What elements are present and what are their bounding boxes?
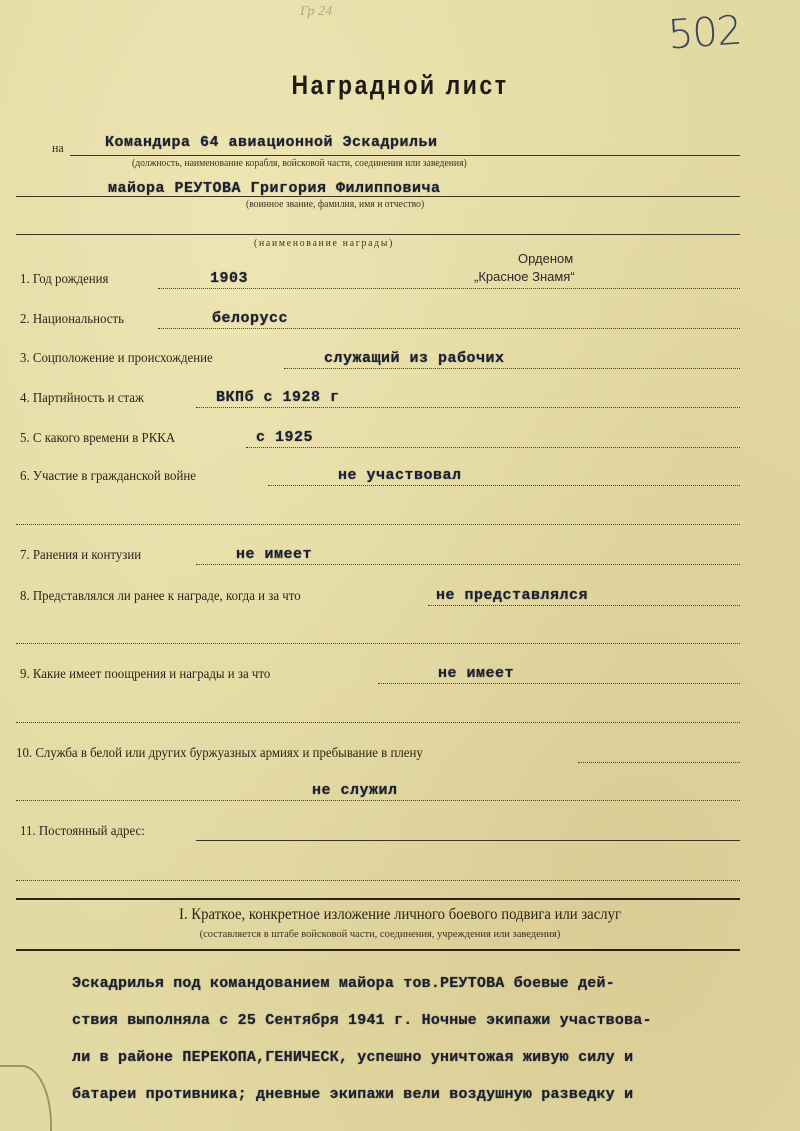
field-value: 1903 bbox=[210, 270, 248, 287]
field-line bbox=[578, 762, 740, 763]
field-continuation-line bbox=[16, 643, 740, 644]
field-label: 7. Ранения и контузии bbox=[20, 548, 141, 564]
paper-background bbox=[0, 0, 800, 1131]
field-continuation-line bbox=[16, 880, 740, 881]
field-line bbox=[378, 683, 740, 684]
field-line bbox=[428, 605, 740, 606]
field-continuation-line bbox=[16, 800, 740, 801]
citation-line: Эскадрилья под командованием майора тов.… bbox=[72, 975, 615, 992]
field-line bbox=[196, 840, 740, 841]
award-line-1: Орденом bbox=[518, 251, 573, 266]
document-title: Наградной лист bbox=[60, 70, 740, 101]
field-value: белорусс bbox=[212, 310, 288, 327]
field-label: 10. Служба в белой или других буржуазных… bbox=[16, 746, 423, 762]
pencil-mark: Гр 24 bbox=[300, 4, 332, 20]
recipient-prefix: на bbox=[52, 140, 64, 156]
section-bottom-rule bbox=[16, 949, 740, 951]
recipient-position: Командира 64 авиационной Эскадрильи bbox=[105, 134, 438, 151]
field-continuation-line bbox=[16, 722, 740, 723]
name-hint: (воинное звание, фамилия, имя и отчество… bbox=[246, 198, 424, 210]
field-label: 8. Представлялся ли ранее к награде, ког… bbox=[20, 589, 301, 605]
field-value: не имеет bbox=[438, 665, 514, 682]
field-value: не служил bbox=[312, 782, 398, 799]
field-line bbox=[268, 485, 740, 486]
field-label: 4. Партийность и стаж bbox=[20, 391, 144, 407]
position-line bbox=[70, 155, 740, 156]
citation-line: ствия выполняла с 25 Сентября 1941 г. Но… bbox=[72, 1012, 652, 1029]
field-label: 9. Какие имеет поощрения и награды и за … bbox=[20, 667, 270, 683]
field-value: не участвовал bbox=[338, 467, 462, 484]
section-top-rule bbox=[16, 898, 740, 900]
field-label: 5. С какого времени в РККА bbox=[20, 431, 175, 447]
award-line-2: „Красное Знамя“ bbox=[474, 269, 575, 284]
field-line bbox=[284, 368, 740, 369]
field-label: 2. Национальность bbox=[20, 312, 124, 328]
field-line bbox=[196, 564, 740, 565]
section-title: I. Краткое, конкретное изложение личного… bbox=[32, 906, 768, 924]
award-hint: (наименование награды) bbox=[254, 237, 394, 249]
field-line bbox=[158, 288, 740, 289]
field-label: 11. Постоянный адрес: bbox=[20, 824, 145, 840]
field-label: 1. Год рождения bbox=[20, 272, 108, 288]
field-value: ВКПб с 1928 г bbox=[216, 389, 340, 406]
field-line bbox=[246, 447, 740, 448]
position-hint: (должность, наименование корабля, войско… bbox=[132, 157, 467, 169]
citation-line: ли в районе ПЕРЕКОПА,ГЕНИЧЕСК, успешно у… bbox=[72, 1049, 633, 1066]
field-line bbox=[158, 328, 740, 329]
field-continuation-line bbox=[16, 524, 740, 525]
field-value: не имеет bbox=[236, 546, 312, 563]
award-line bbox=[16, 234, 740, 235]
field-value: не представлялся bbox=[436, 587, 588, 604]
field-value: с 1925 bbox=[256, 429, 313, 446]
citation-line: батареи противника; дневные экипажи вели… bbox=[72, 1086, 633, 1103]
field-label: 3. Соцположение и происхождение bbox=[20, 351, 213, 367]
section-hint: (составляется в штабе войсковой части, с… bbox=[0, 929, 760, 940]
recipient-name: майора РЕУТОВА Григория Филипповича bbox=[108, 180, 441, 197]
field-line bbox=[196, 407, 740, 408]
field-value: служащий из рабочих bbox=[324, 350, 505, 367]
archive-number: 502 bbox=[666, 7, 742, 58]
field-label: 6. Участие в гражданской войне bbox=[20, 469, 196, 485]
